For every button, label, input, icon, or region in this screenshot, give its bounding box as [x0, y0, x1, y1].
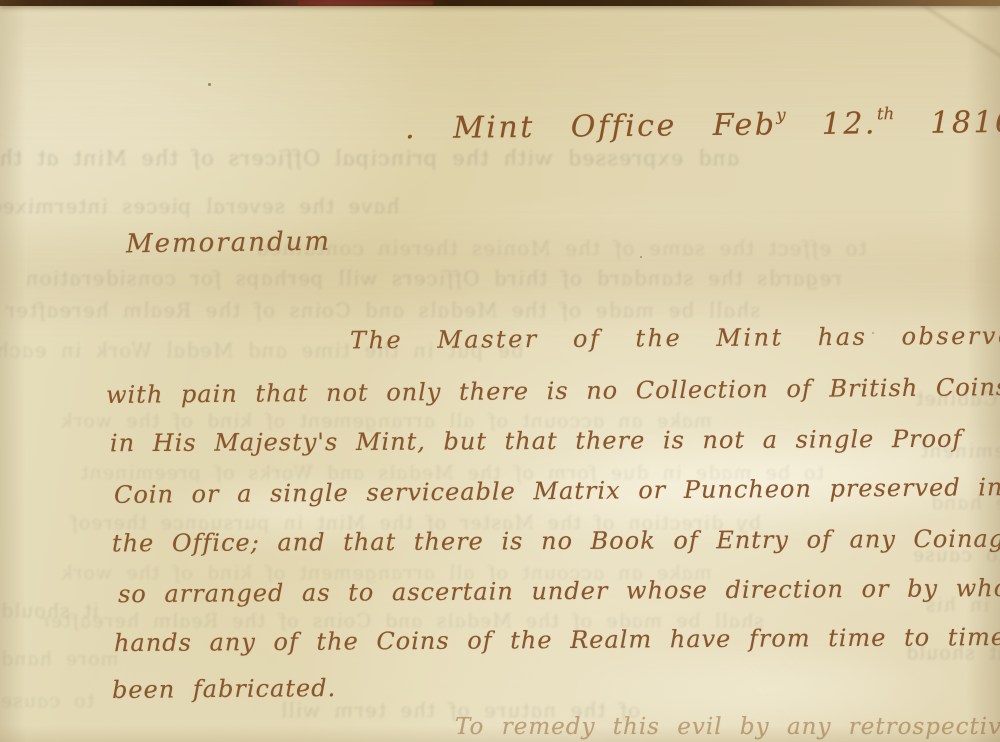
body-line: so arranged as to ascertain under whose … — [118, 574, 1000, 608]
body-line: been fabricated. — [112, 674, 336, 704]
body-line: The Master of the Mint has observed — [350, 322, 1000, 355]
manuscript-page: and expressed with the principal Officer… — [0, 0, 1000, 742]
vignette-left — [0, 0, 26, 742]
dateline-day: 12. — [786, 106, 878, 142]
dateline-month-superscript: y — [776, 105, 786, 124]
page-top-edge — [0, 0, 1000, 6]
dateline-year: 1816. — [894, 105, 1000, 141]
paper-speck — [640, 256, 642, 258]
bleedthrough-fragment: more hand — [0, 648, 121, 670]
body-line: the Office; and that there is no Book of… — [112, 525, 1000, 558]
bleedthrough-line: have the several pieces intermixed — [0, 194, 402, 218]
page-top-edge-red-tint — [298, 1, 433, 5]
body-line: hands any of the Coins of the Realm have… — [114, 623, 1000, 657]
bleedthrough-line: to effect the same of the Monies therein… — [253, 236, 869, 260]
memorandum-heading: Memorandum — [126, 227, 331, 260]
dateline-day-superscript: th — [877, 104, 894, 123]
bleedthrough-line: regards the standard of third Officers w… — [23, 266, 844, 290]
paper-crease — [856, 0, 1000, 112]
body-line: with pain that not only there is no Coll… — [106, 373, 1000, 409]
bleedthrough-fragment: it should — [0, 600, 101, 622]
body-line-partial: To remedy this evil by any retrospective… — [455, 714, 1000, 740]
bleedthrough-line: shall be made of the Medals and Coins of… — [3, 298, 763, 322]
dateline: . Mint Office Feby 12.th 1816. — [405, 103, 1000, 147]
body-line: in His Majesty's Mint, but that there is… — [110, 425, 962, 457]
paper-speck — [872, 332, 874, 334]
bleedthrough-fragment: to cause — [0, 690, 96, 712]
dateline-place: . Mint Office Feb — [405, 107, 777, 146]
bleedthrough-line: and expressed with the principal Officer… — [0, 146, 742, 170]
paper-speck — [208, 83, 211, 86]
